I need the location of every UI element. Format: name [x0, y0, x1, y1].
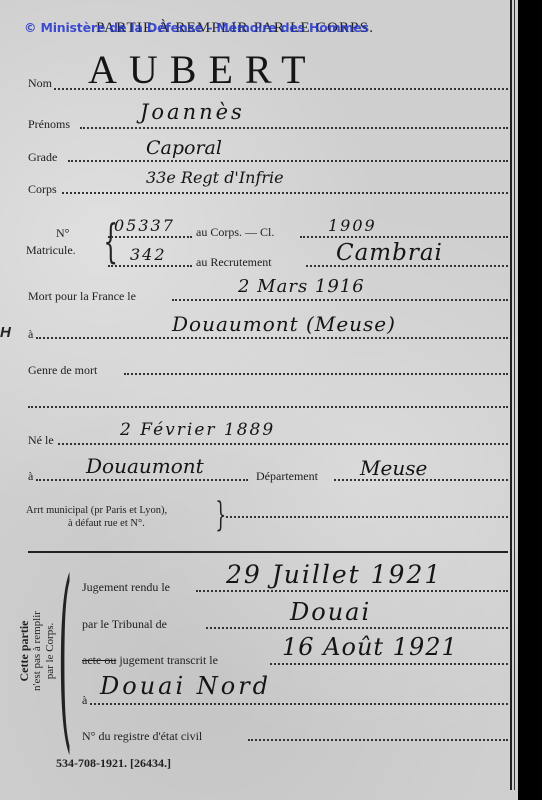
naissance-label: Né le: [28, 433, 54, 448]
corps-line: [62, 192, 508, 194]
side-note-line-3: par le Corps.: [44, 576, 57, 726]
recrutement-number-line: [108, 265, 192, 267]
grade-label: Grade: [28, 150, 57, 165]
departement-label: Département: [256, 469, 318, 484]
transcrit-struck-label: acte ou: [82, 653, 116, 667]
lieu-naissance-label: à: [28, 469, 33, 484]
transcrit-lieu-label: à: [82, 693, 87, 708]
lieu-mort-value: Douaumont (Meuse): [172, 312, 396, 336]
grade-value: Caporal: [146, 137, 222, 159]
transcrit-lieu-value: Douai Nord: [100, 672, 271, 700]
registre-label: N° du registre d'état civil: [82, 729, 202, 744]
copyright-watermark: © Ministère de la Défense - Mémoire des …: [24, 20, 369, 35]
corps-number-value: 05337: [114, 216, 175, 235]
lieu-mort-label: à: [28, 327, 33, 342]
prenoms-value: Joannès: [140, 100, 245, 124]
recrutement-suffix-label: au Recrutement: [196, 255, 272, 270]
border-line: [514, 0, 515, 790]
arrondissement-label-2: à défaut rue et N°.: [68, 518, 145, 529]
transcrit-line: [270, 663, 508, 665]
naissance-line: [58, 443, 508, 445]
tribunal-value: Douai: [290, 598, 371, 626]
transcrit-main-label: jugement transcrit le: [119, 653, 218, 667]
corps-value: 33e Regt d'Infrie: [146, 168, 284, 187]
tribunal-line: [206, 627, 508, 629]
matricule-no-label: N°: [56, 226, 69, 241]
classe-line: [300, 236, 508, 238]
corps-label: Corps: [28, 182, 57, 197]
arrondissement-line: [226, 516, 508, 518]
matricule-label: Matricule.: [26, 243, 76, 258]
recrutement-place-value: Cambrai: [336, 240, 443, 266]
corps-suffix-label: au Corps. — Cl.: [196, 225, 274, 240]
lieu-mort-line: [36, 337, 508, 339]
naissance-value: 2 Février 1889: [120, 420, 275, 440]
genre-mort-line-2: [28, 406, 508, 408]
transcrit-label: acte ou jugement transcrit le: [82, 653, 218, 668]
margin-mark: H: [0, 324, 11, 341]
lieu-naissance-line: [36, 479, 248, 481]
grade-line: [68, 160, 508, 162]
recrutement-number-value: 342: [130, 245, 167, 264]
prenoms-line: [80, 127, 508, 129]
judgment-brace: (: [58, 556, 72, 756]
classe-value: 1909: [328, 216, 377, 235]
nom-label: Nom: [28, 76, 52, 91]
arrondissement-brace: }: [215, 498, 226, 532]
genre-mort-label: Genre de mort: [28, 363, 97, 378]
jugement-rendu-value: 29 Juillet 1921: [226, 560, 442, 589]
registre-line: [248, 739, 508, 741]
jugement-rendu-label: Jugement rendu le: [82, 580, 170, 595]
section-separator: [28, 551, 508, 553]
lieu-naissance-value: Douaumont: [86, 454, 204, 478]
side-note-line-2: n'est pas à remplir: [31, 576, 44, 726]
side-note-line-1: Cette partie: [18, 576, 31, 726]
transcrit-lieu-line: [90, 703, 508, 705]
departement-value: Meuse: [360, 456, 427, 480]
mort-label: Mort pour la France le: [28, 289, 136, 304]
border-line: [510, 0, 512, 790]
transcrit-value: 16 Août 1921: [282, 633, 458, 661]
death-record-card: PARTIE À REMPLIR PAR LE CORPS. © Ministè…: [0, 0, 518, 800]
corps-number-line: [108, 236, 192, 238]
mort-line: [172, 299, 508, 301]
mort-value: 2 Mars 1916: [238, 276, 365, 297]
print-code: 534-708-1921. [26434.]: [56, 756, 171, 771]
jugement-rendu-line: [196, 590, 508, 592]
arrondissement-label-1: Arrt municipal (pr Paris et Lyon),: [26, 505, 167, 516]
tribunal-label: par le Tribunal de: [82, 617, 167, 632]
genre-mort-line: [124, 373, 508, 375]
nom-value: AUBERT: [88, 46, 318, 93]
prenoms-label: Prénoms: [28, 117, 70, 132]
